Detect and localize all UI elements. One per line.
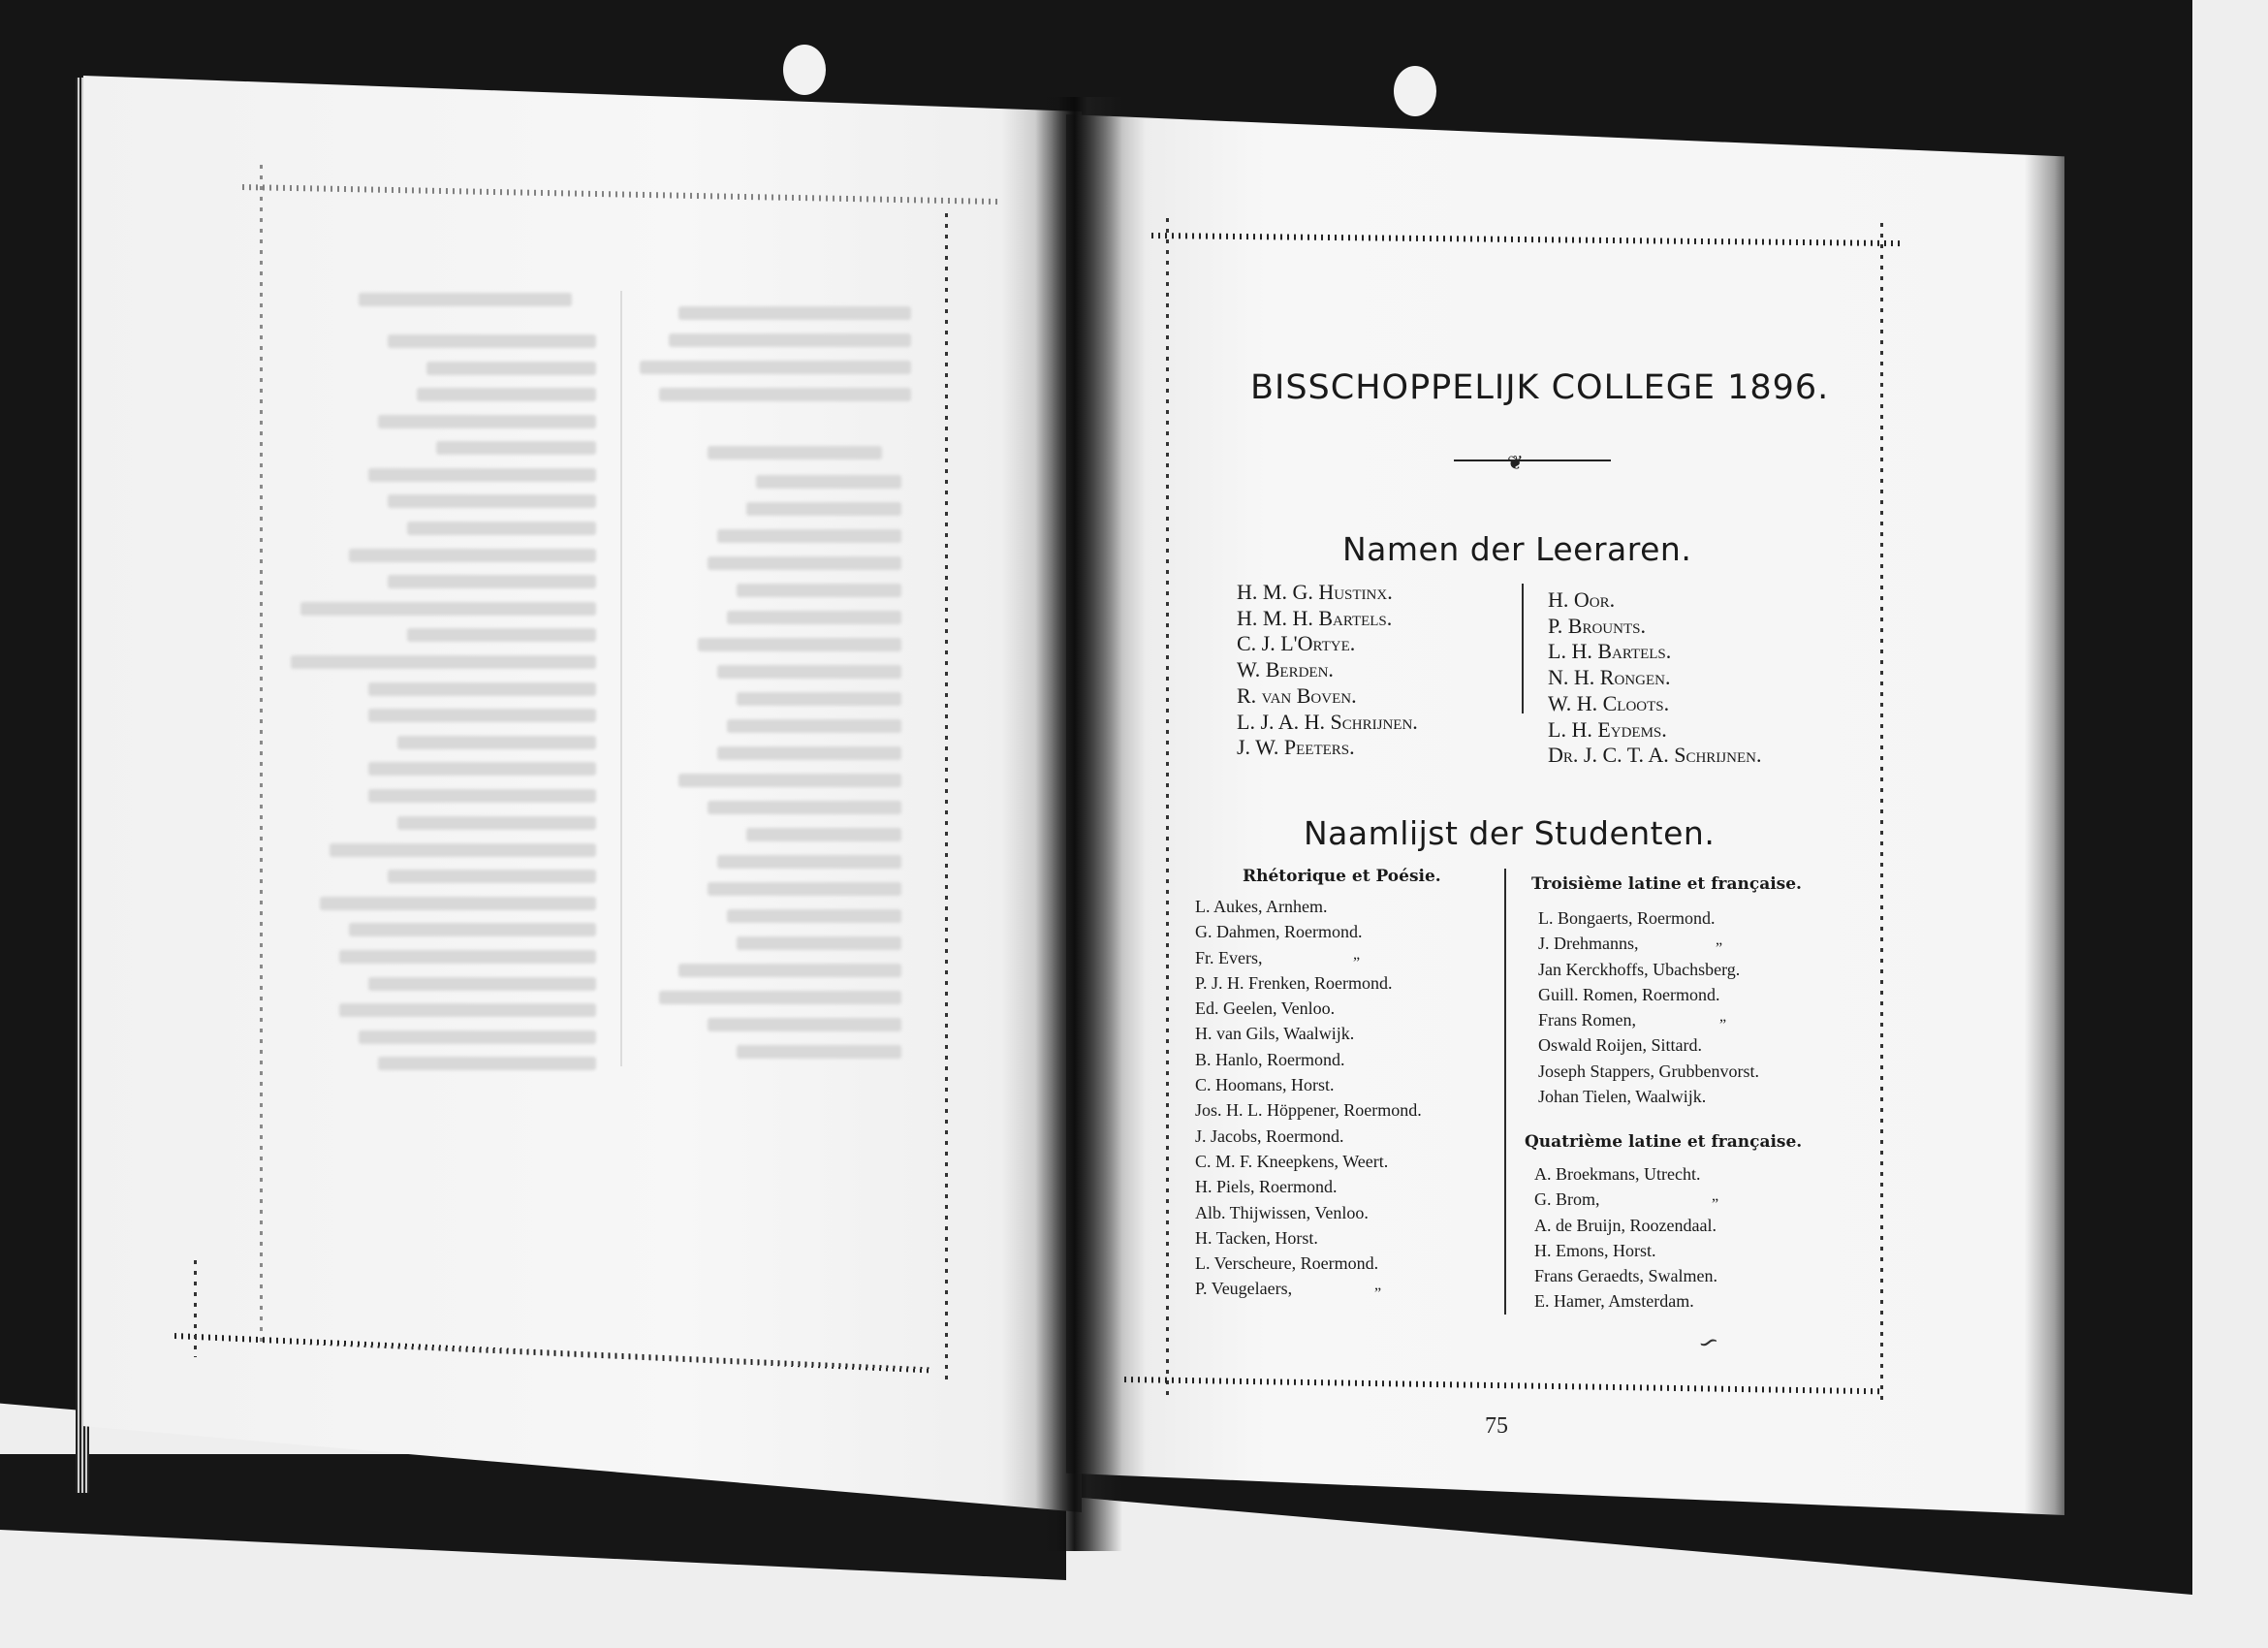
student-entry: J. Drehmanns,” (1538, 931, 1759, 956)
student-list-quatrieme: A. Broekmans, Utrecht. G. Brom,” A. de B… (1534, 1161, 1717, 1315)
teacher-entry: H. Oor. (1548, 587, 1761, 614)
students-heading: Naamlijst der Studenten. (1304, 814, 1715, 852)
teachers-left-column: H. M. G. Hustinx. H. M. H. Bartels. C. J… (1237, 580, 1418, 761)
student-entry: Fr. Evers,” (1195, 945, 1422, 970)
student-entry: B. Hanlo, Roermond. (1195, 1047, 1422, 1072)
ditto-mark: ” (1374, 1282, 1381, 1307)
student-list-troisieme: L. Bongaerts, Roermond. J. Drehmanns,” J… (1538, 905, 1759, 1109)
student-list-rhetorique: L. Aukes, Arnhem. G. Dahmen, Roermond. F… (1195, 894, 1422, 1302)
title-rule (1454, 460, 1611, 461)
student-entry: Jos. H. L. Höppener, Roermond. (1195, 1097, 1422, 1123)
punch-hole-left (783, 45, 826, 95)
student-entry: G. Brom,” (1534, 1187, 1717, 1212)
teacher-entry: R. van Boven. (1237, 683, 1418, 710)
student-entry: Alb. Thijwissen, Venloo. (1195, 1200, 1422, 1225)
student-entry: C. Hoomans, Horst. (1195, 1072, 1422, 1097)
class-heading-rhetorique: Rhétorique et Poésie. (1243, 867, 1441, 886)
teacher-entry: L. J. A. H. Schrijnen. (1237, 710, 1418, 736)
class-heading-quatrieme: Quatrième latine et française. (1525, 1132, 1802, 1152)
teacher-entry: L. H. Eydems. (1548, 717, 1761, 744)
student-entry: L. Aukes, Arnhem. (1195, 894, 1422, 919)
teacher-entry: J. W. Peeters. (1237, 735, 1418, 761)
teacher-entry: N. H. Rongen. (1548, 665, 1761, 691)
class-heading-troisieme: Troisième latine et française. (1531, 874, 1802, 894)
punch-hole-right (1394, 66, 1436, 116)
teacher-entry: H. M. H. Bartels. (1237, 606, 1418, 632)
teacher-entry: Dr. J. C. T. A. Schrijnen. (1548, 743, 1761, 769)
student-entry: G. Dahmen, Roermond. (1195, 919, 1422, 944)
student-entry: H. Emons, Horst. (1534, 1238, 1717, 1263)
student-entry: Joseph Stappers, Grubbenvorst. (1538, 1059, 1759, 1084)
student-entry: Guill. Romen, Roermond. (1538, 982, 1759, 1007)
student-entry: Frans Romen,” (1538, 1007, 1759, 1032)
teachers-column-divider (1522, 584, 1524, 713)
teacher-entry: W. H. Cloots. (1548, 691, 1761, 717)
student-entry: C. M. F. Kneepkens, Weert. (1195, 1149, 1422, 1174)
student-entry: L. Verscheure, Roermond. (1195, 1251, 1422, 1276)
teacher-entry: W. Berden. (1237, 657, 1418, 683)
student-entry: L. Bongaerts, Roermond. (1538, 905, 1759, 931)
student-entry: P. Veugelaers,” (1195, 1276, 1422, 1301)
teacher-entry: L. H. Bartels. (1548, 639, 1761, 665)
teachers-heading: Namen der Leeraren. (1342, 530, 1691, 568)
student-entry: Ed. Geelen, Venloo. (1195, 996, 1422, 1021)
student-entry: H. Piels, Roermond. (1195, 1174, 1422, 1199)
teacher-entry: H. M. G. Hustinx. (1237, 580, 1418, 606)
student-entry: J. Jacobs, Roermond. (1195, 1124, 1422, 1149)
student-entry: A. de Bruijn, Roozendaal. (1534, 1213, 1717, 1238)
students-column-divider (1504, 869, 1506, 1315)
student-entry: H. Tacken, Horst. (1195, 1225, 1422, 1251)
teacher-entry: C. J. L'Ortye. (1237, 631, 1418, 657)
student-entry: H. van Gils, Waalwijk. (1195, 1021, 1422, 1046)
page-title: BISSCHOPPELIJK COLLEGE 1896. (1250, 368, 1832, 407)
student-entry: A. Broekmans, Utrecht. (1534, 1161, 1717, 1187)
fleuron-divider-icon: ❦ (1507, 454, 1524, 473)
student-entry: E. Hamer, Amsterdam. (1534, 1288, 1717, 1314)
book-gutter-shadow (1035, 97, 1122, 1551)
page-number: 75 (1485, 1413, 1508, 1440)
teachers-right-column: H. Oor. P. Brounts. L. H. Bartels. N. H.… (1548, 587, 1761, 769)
student-entry: P. J. H. Frenken, Roermond. (1195, 970, 1422, 996)
student-entry: Oswald Roijen, Sittard. (1538, 1032, 1759, 1058)
student-entry: Frans Geraedts, Swalmen. (1534, 1263, 1717, 1288)
student-entry: Jan Kerckhoffs, Ubachsberg. (1538, 957, 1759, 982)
student-entry: Johan Tielen, Waalwijk. (1538, 1084, 1759, 1109)
teacher-entry: P. Brounts. (1548, 614, 1761, 640)
